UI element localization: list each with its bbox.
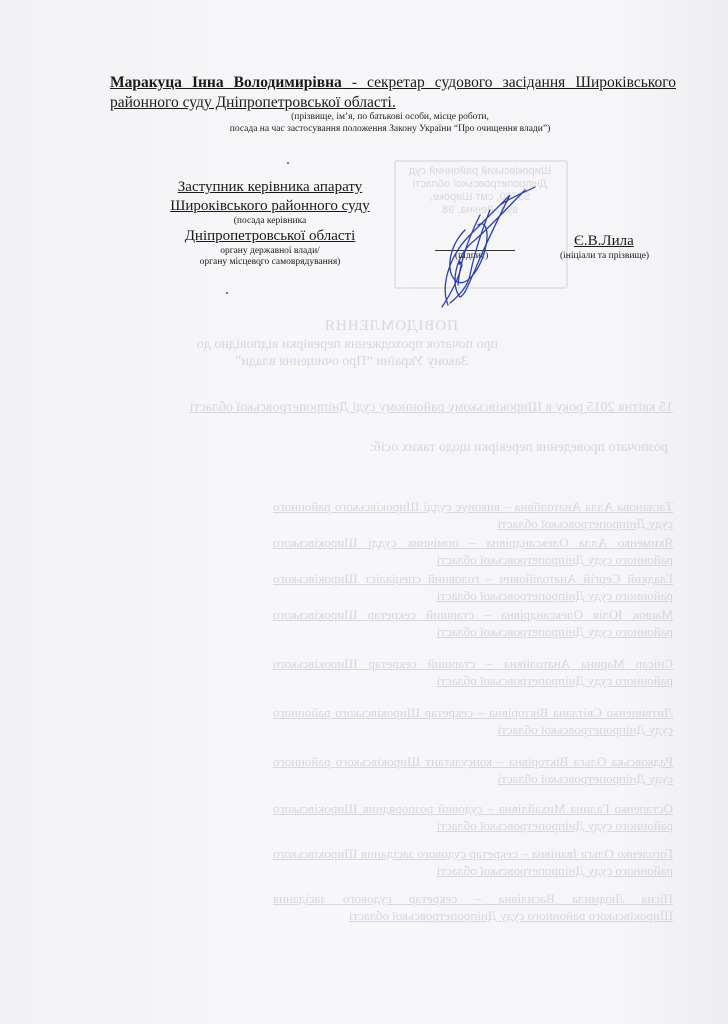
initials-caption: (ініціали та прізвище) (560, 251, 649, 261)
head-position-caption-3: органу місцевого самоврядування) (140, 257, 400, 268)
person-name: Маракуца Інна Володимирівна (110, 74, 342, 91)
initials-surname: Є.В.Лила (574, 233, 634, 250)
head-position-caption-2: органу державної влади/ (140, 246, 400, 257)
scan-dot (226, 292, 228, 294)
head-position-line-3: Дніпропетровської області (140, 227, 400, 246)
scan-dot (259, 264, 261, 266)
separator: - (342, 74, 367, 91)
head-position-caption-1: (посада керівника (140, 216, 400, 227)
head-position-line-2: Широківського районного суду (140, 197, 400, 216)
head-position-line-1: Заступник керівника апарату (140, 178, 400, 197)
person-statement: Маракуца Інна Володимирівна - секретар с… (110, 73, 676, 113)
person-caption: (прізвище, ім’я, по батькові особи, місц… (200, 111, 580, 135)
head-position-block: Заступник керівника апарату Широківськог… (140, 178, 400, 268)
handwritten-signature-icon (430, 185, 540, 310)
document-page (0, 0, 728, 1024)
scan-dot (287, 162, 289, 164)
